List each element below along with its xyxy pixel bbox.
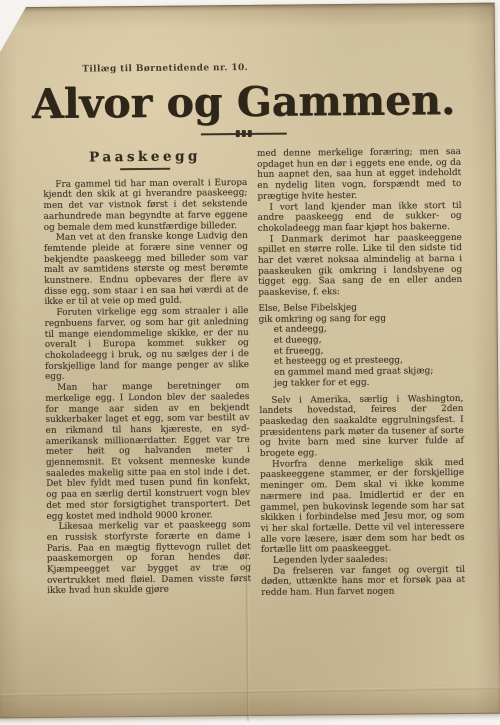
paragraph: Likesaa merkelig var et paaskeegg som en…	[47, 520, 252, 597]
paragraph: Fra gammel tid har man overalt i Europa …	[43, 178, 248, 233]
scanned-page: Tillæg til Børnetidende nr. 10. Alvor og…	[0, 3, 500, 719]
paragraph: I vort land kjender man ikke stort til a…	[257, 200, 461, 234]
torn-corner	[0, 0, 30, 52]
song-verse: Else, Belse Fibelskjeg gik omkring og sa…	[258, 302, 463, 390]
paragraph: Man vet at den franske konge Ludvig den …	[44, 231, 249, 308]
paragraph: Da frelseren var fanget og overgit til d…	[261, 565, 465, 599]
article-body: Paaskeegg Fra gammel tid har man overalt…	[0, 147, 499, 602]
heading-rule	[120, 167, 170, 169]
paragraph: Foruten virkelige egg som straaler i all…	[44, 306, 249, 383]
verse-line: jeg takker for et egg.	[259, 377, 463, 390]
page-title: Alvor og Gammen.	[0, 79, 495, 127]
paragraph: Man har mange beretninger om merkelige e…	[45, 381, 250, 522]
paragraph: Hvorfra denne merkelige skik med paaskee…	[260, 458, 465, 556]
column-right: med denne merkelige foræring; men saa op…	[257, 147, 465, 599]
paragraph: Selv i Amerika, særlig i Washington, lan…	[259, 393, 464, 459]
article-heading: Paaskeegg	[43, 151, 247, 164]
supplement-line: Tillæg til Børnetidende nr. 10.	[82, 61, 494, 75]
column-left: Paaskeegg Fra gammel tid har man overalt…	[43, 149, 251, 601]
ornament-divider	[201, 129, 287, 139]
paragraph-continuation: med denne merkelige foræring; men saa op…	[257, 147, 462, 202]
fold-crease-horizontal	[0, 686, 500, 696]
divider-ornament	[236, 130, 252, 137]
verse-line: en gammel mand med graat skjæg;	[259, 366, 463, 379]
paragraph: I Danmark derimot har paaskeeggene spill…	[258, 233, 463, 299]
